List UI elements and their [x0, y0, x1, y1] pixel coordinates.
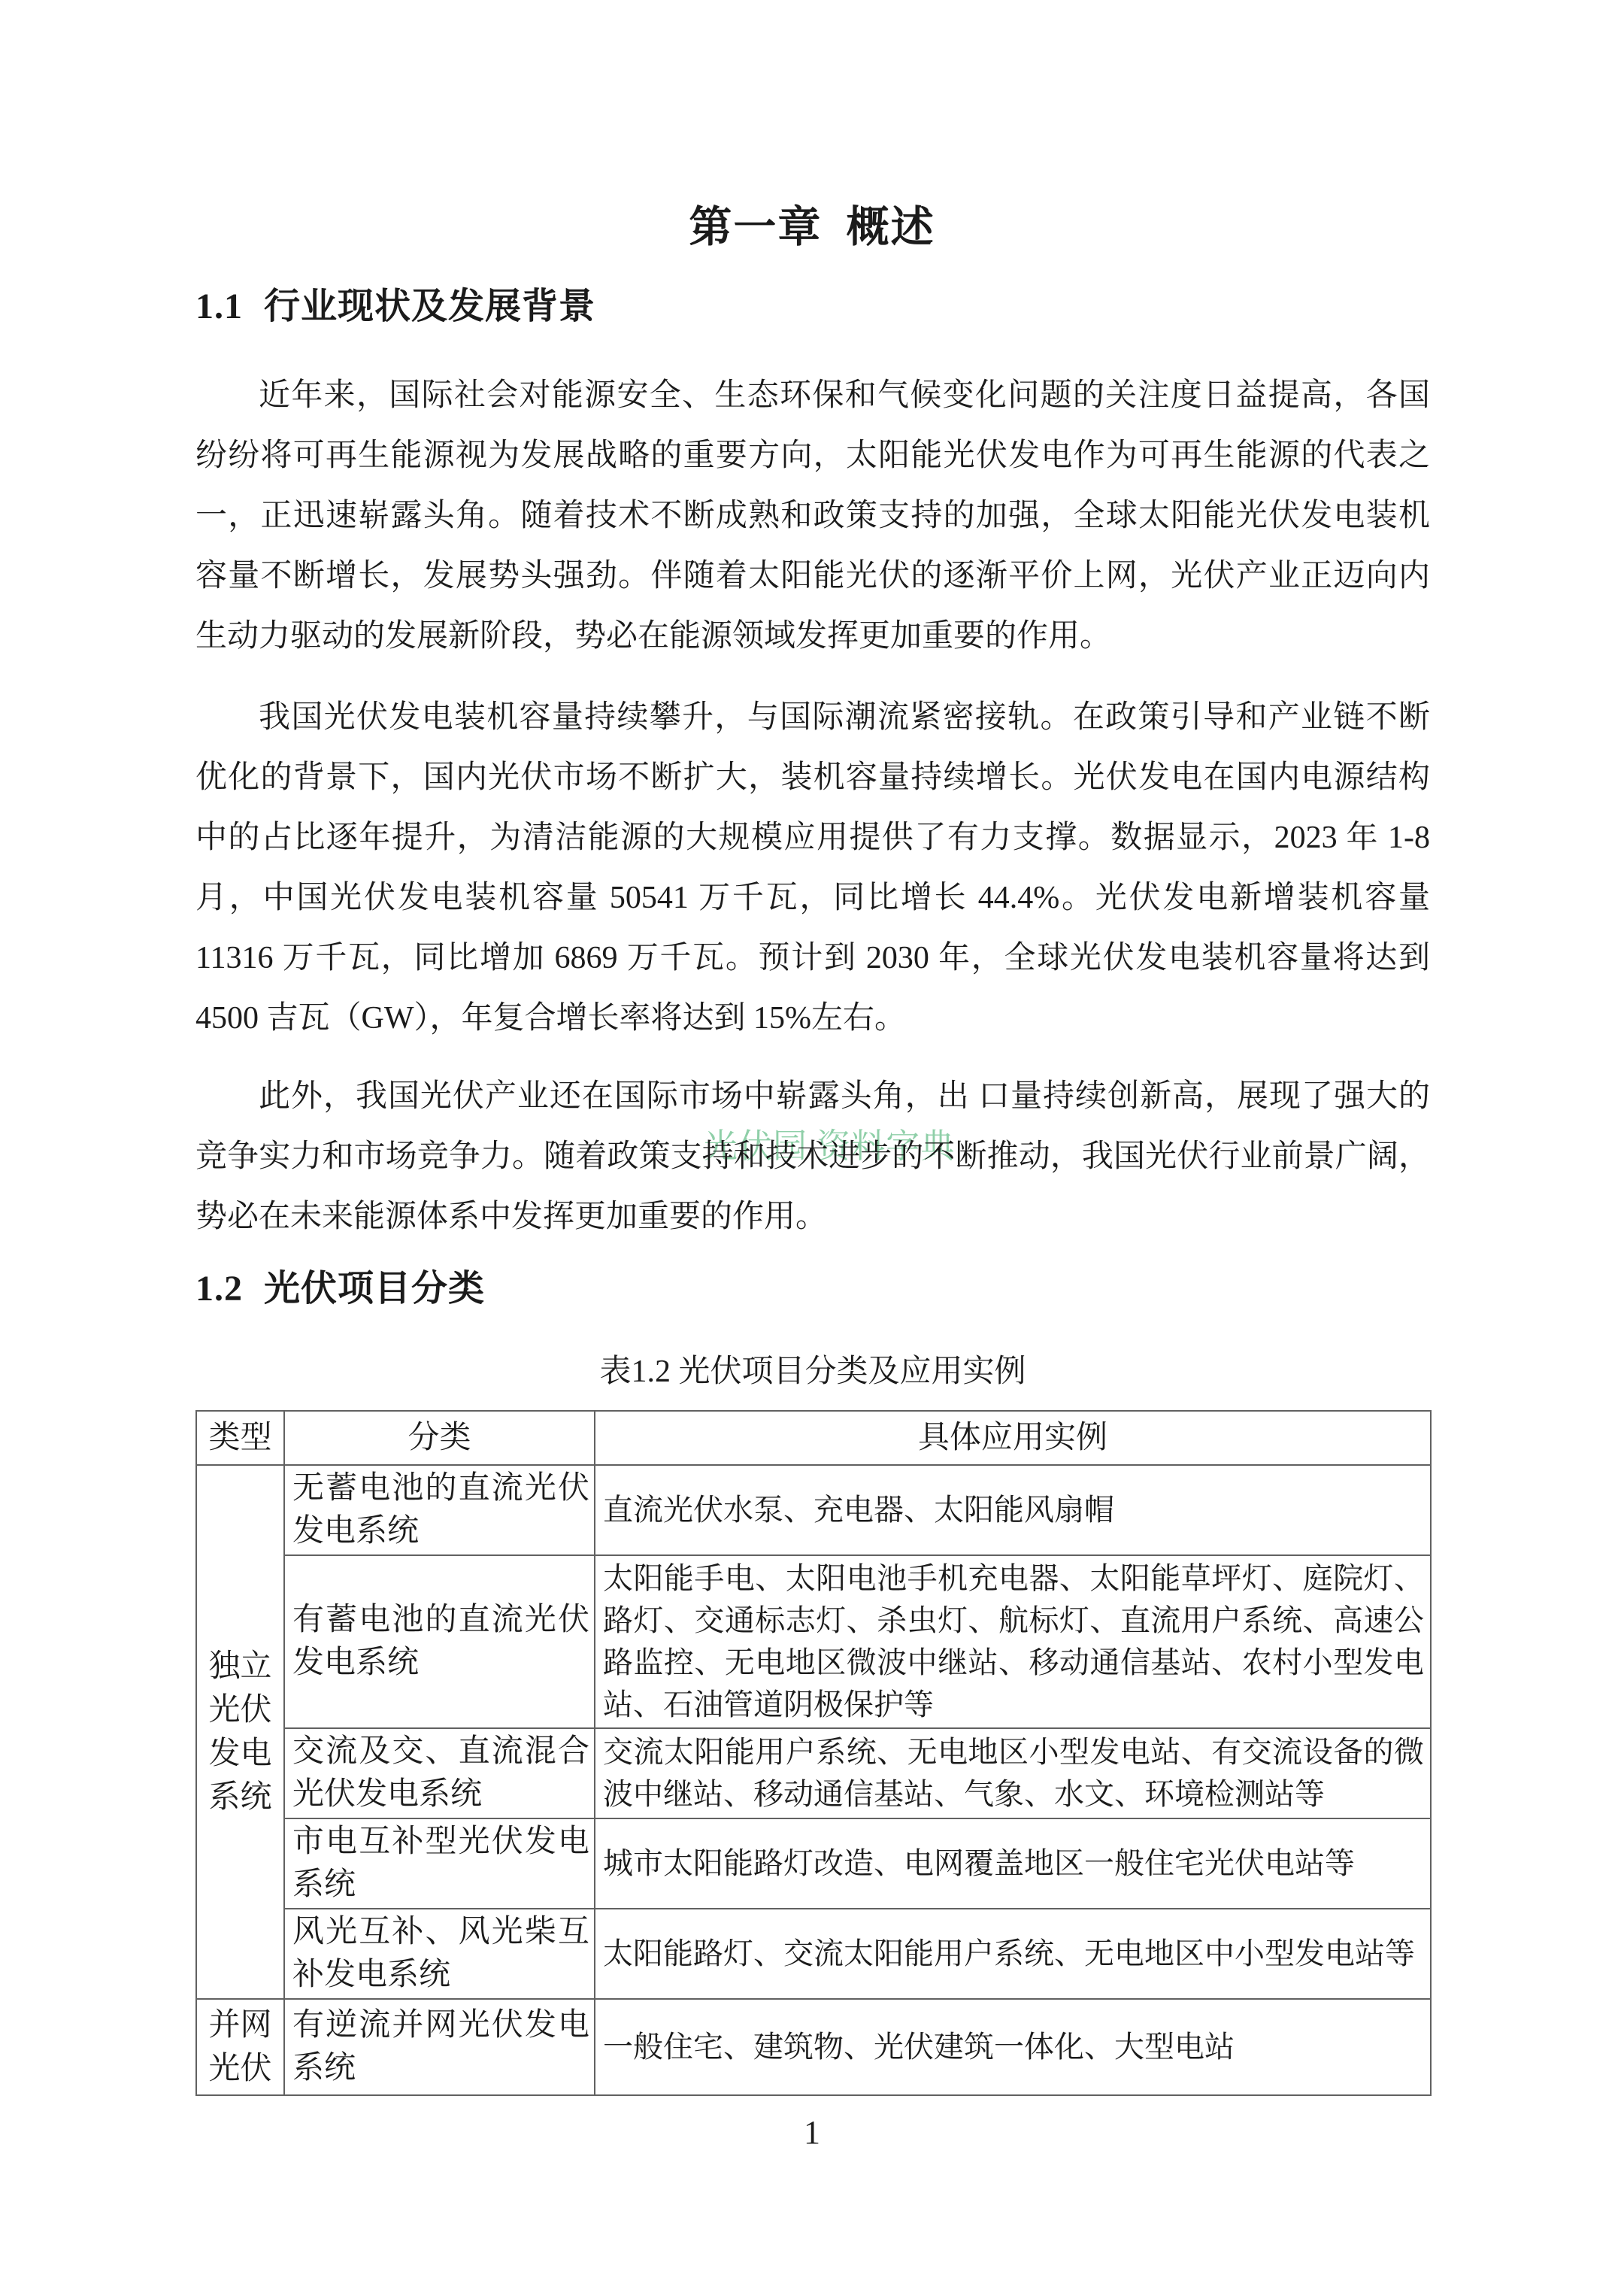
document-page: 光伏园 资料字典 第一章 概述 1.1行业现状及发展背景 近年来，国际社会对能源…	[0, 0, 1624, 2293]
examples-cell: 交流太阳能用户系统、无电地区小型发电站、有交流设备的微波中继站、移动通信基站、气…	[595, 1728, 1431, 1818]
examples-cell: 太阳能手电、太阳电池手机充电器、太阳能草坪灯、庭院灯、路灯、交通标志灯、杀虫灯、…	[595, 1555, 1431, 1728]
section-title: 光伏项目分类	[264, 1269, 485, 1309]
category-cell: 有逆流并网光伏发电系统	[284, 1999, 595, 2095]
section-heading-1-2: 1.2光伏项目分类	[195, 1266, 1430, 1312]
section-number: 1.2	[195, 1269, 243, 1309]
column-header-category: 分类	[284, 1411, 595, 1465]
table-row: 交流及交、直流混合光伏发电系统 交流太阳能用户系统、无电地区小型发电站、有交流设…	[196, 1728, 1431, 1818]
category-cell: 有蓄电池的直流光伏发电系统	[284, 1555, 595, 1728]
table-row: 有蓄电池的直流光伏发电系统 太阳能手电、太阳电池手机充电器、太阳能草坪灯、庭院灯…	[196, 1555, 1431, 1728]
table-row: 独立光伏发电系统 无蓄电池的直流光伏发电系统 直流光伏水泵、充电器、太阳能风扇帽	[196, 1465, 1431, 1555]
table-header-row: 类型 分类 具体应用实例	[196, 1411, 1431, 1465]
page-number: 1	[195, 2110, 1429, 2155]
examples-cell: 城市太阳能路灯改造、电网覆盖地区一般住宅光伏电站等	[595, 1818, 1431, 1909]
paragraph-line: 容量不断增长，发展势头强劲。伴随着太阳能光伏的逐渐平价上网，光伏产业正迈向内	[195, 546, 1430, 606]
paragraph-3: 此外，我国光伏产业还在国际市场中崭露头角，出 口量持续创新高，展现了强大的 竞争…	[195, 1066, 1430, 1247]
paragraph-line: 我国光伏发电装机容量持续攀升，与国际潮流紧密接轨。在政策引导和产业链不断	[195, 687, 1430, 748]
column-header-type: 类型	[196, 1411, 284, 1465]
table-caption: 表1.2 光伏项目分类及应用实例	[195, 1352, 1430, 1391]
examples-cell: 太阳能路灯、交流太阳能用户系统、无电地区中小型发电站等	[595, 1909, 1431, 1999]
type-group-cell: 独立光伏发电系统	[196, 1465, 284, 1999]
paragraph-line: 纷纷将可再生能源视为发展战略的重要方向，太阳能光伏发电作为可再生能源的代表之	[195, 426, 1430, 486]
classification-table: 类型 分类 具体应用实例 独立光伏发电系统 无蓄电池的直流光伏发电系统 直流光伏…	[195, 1410, 1432, 2096]
section-number: 1.1	[195, 287, 243, 326]
table-row: 风光互补、风光柴互补发电系统 太阳能路灯、交流太阳能用户系统、无电地区中小型发电…	[196, 1909, 1431, 1999]
table-row: 市电互补型光伏发电系统 城市太阳能路灯改造、电网覆盖地区一般住宅光伏电站等	[196, 1818, 1431, 1909]
category-cell: 无蓄电池的直流光伏发电系统	[284, 1465, 595, 1555]
type-group-cell: 并网光伏	[196, 1999, 284, 2095]
paragraph-line: 一，正迅速崭露头角。随着技术不断成熟和政策支持的加强，全球太阳能光伏发电装机	[195, 486, 1430, 546]
table-row: 并网光伏 有逆流并网光伏发电系统 一般住宅、建筑物、光伏建筑一体化、大型电站	[196, 1999, 1431, 2095]
paragraph-line: 近年来，国际社会对能源安全、生态环保和气候变化问题的关注度日益提高，各国	[195, 365, 1430, 426]
chapter-title: 第一章 概述	[195, 202, 1429, 254]
paragraph-line: 优化的背景下，国内光伏市场不断扩大，装机容量持续增长。光伏发电在国内电源结构	[195, 748, 1430, 808]
category-cell: 市电互补型光伏发电系统	[284, 1818, 595, 1909]
column-header-examples: 具体应用实例	[595, 1411, 1431, 1465]
paragraph-line: 生动力驱动的发展新阶段，势必在能源领域发挥更加重要的作用。	[195, 606, 1430, 666]
paragraph-line: 竞争实力和市场竞争力。随着政策支持和技术进步的不断推动，我国光伏行业前景广阔，	[195, 1127, 1430, 1187]
paragraph-line: 此外，我国光伏产业还在国际市场中崭露头角，出 口量持续创新高，展现了强大的	[195, 1066, 1430, 1127]
examples-cell: 直流光伏水泵、充电器、太阳能风扇帽	[595, 1465, 1431, 1555]
section-title: 行业现状及发展背景	[264, 287, 595, 326]
paragraph-line: 月，中国光伏发电装机容量 50541 万千瓦，同比增长 44.4%。光伏发电新增…	[195, 868, 1430, 928]
examples-cell: 一般住宅、建筑物、光伏建筑一体化、大型电站	[595, 1999, 1431, 2095]
category-cell: 交流及交、直流混合光伏发电系统	[284, 1728, 595, 1818]
paragraph-1: 近年来，国际社会对能源安全、生态环保和气候变化问题的关注度日益提高，各国 纷纷将…	[195, 365, 1430, 666]
paragraph-line: 势必在未来能源体系中发挥更加重要的作用。	[195, 1187, 1430, 1247]
category-cell: 风光互补、风光柴互补发电系统	[284, 1909, 595, 1999]
paragraph-line: 11316 万千瓦，同比增加 6869 万千瓦。预计到 2030 年，全球光伏发…	[195, 928, 1430, 988]
paragraph-line: 4500 吉瓦（GW），年复合增长率将达到 15%左右。	[195, 988, 1430, 1048]
section-heading-1-1: 1.1行业现状及发展背景	[195, 284, 1430, 329]
paragraph-line: 中的占比逐年提升，为清洁能源的大规模应用提供了有力支撑。数据显示，2023 年 …	[195, 808, 1430, 868]
paragraph-2: 我国光伏发电装机容量持续攀升，与国际潮流紧密接轨。在政策引导和产业链不断 优化的…	[195, 687, 1430, 1048]
